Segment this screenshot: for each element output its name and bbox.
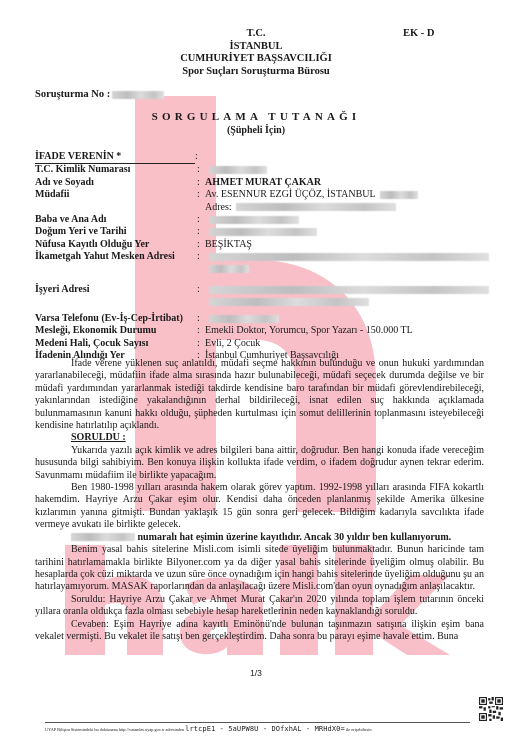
field-label: Medeni Hali, Çocuk Sayısı bbox=[35, 338, 197, 350]
document-header: T.C. İSTANBUL CUMHURİYET BAŞSAVCILIĞI Sp… bbox=[0, 28, 512, 78]
field-label: T.C. Kimlik Numarası bbox=[35, 164, 197, 176]
field-value: BEŞİKTAŞ bbox=[205, 239, 495, 251]
investigation-number: Soruşturma No : bbox=[35, 89, 164, 100]
field-parents: Baba ve Ana Adı : bbox=[35, 214, 495, 226]
statement-paragraph: Benim yasal bahis sitelerine Misli.com i… bbox=[35, 544, 484, 594]
field-label: İkametgah Yahut Mesken Adresi bbox=[35, 251, 197, 276]
redacted-value bbox=[209, 265, 249, 273]
field-lawyer-address: Adres: bbox=[35, 202, 495, 214]
phone-line: numaralı hat eşimin üzerine kayıtlıdır. … bbox=[35, 532, 484, 544]
footer-suffix: ile erişebilirsin bbox=[346, 727, 372, 732]
page-number: 1/3 bbox=[0, 668, 512, 678]
header-office: CUMHURİYET BAŞSAVCILIĞI bbox=[0, 53, 512, 66]
form-section-header: İFADE VERENİN * : bbox=[35, 151, 495, 164]
field-label: Adı ve Soyadı bbox=[35, 177, 197, 189]
field-label: İşyeri Adresi bbox=[35, 284, 197, 309]
document-subtitle: (Şüpheli İçin) bbox=[0, 125, 512, 136]
field-value: Emekli Doktor, Yorumcu, Spor Yazarı - 15… bbox=[205, 325, 495, 337]
statement-paragraph: Cevaben: Eşim Hayriye adına kayıtlı Emin… bbox=[35, 619, 484, 644]
redacted-value bbox=[380, 191, 418, 199]
rights-paragraph: İfade verene yüklenen suç anlatıldı, müd… bbox=[35, 358, 484, 432]
redacted-investigation-number bbox=[112, 91, 164, 99]
statement-paragraph: Soruldu: Hayriye Arzu Çakar ve Ahmet Mur… bbox=[35, 594, 484, 619]
field-label: Doğum Yeri ve Tarihi bbox=[35, 226, 197, 238]
field-label: Baba ve Ana Adı bbox=[35, 214, 197, 226]
statement-paragraph: Yukarıda yazılı açık kimlik ve adres bil… bbox=[35, 445, 484, 482]
field-name: Adı ve Soyadı : AHMET MURAT ÇAKAR bbox=[35, 177, 495, 189]
field-value: Av. ESENNUR EZGİ ÜÇÖZ, İSTANBUL bbox=[205, 189, 376, 200]
footer-prefix: UYAP Bilişim Sistemindeki bu dokümana ht… bbox=[45, 727, 184, 732]
footer-divider bbox=[45, 722, 470, 723]
redacted-value bbox=[209, 216, 299, 224]
annex-label: EK - D bbox=[403, 28, 435, 39]
field-label: Nüfusa Kayıtlı Olduğu Yer bbox=[35, 239, 197, 251]
field-label: Müdafii bbox=[35, 189, 197, 201]
field-phone: Varsa Telefonu (Ev-İş-Cep-İrtibat) : bbox=[35, 313, 495, 325]
document-title: SORGULAMA TUTANAĞI bbox=[0, 111, 512, 123]
redacted-value bbox=[209, 253, 489, 261]
address-label: Adres: bbox=[205, 202, 232, 213]
statement-paragraph: Ben 1980-1998 yılları arasında hakem ola… bbox=[35, 482, 484, 532]
field-occupation: Mesleği, Ekonomik Durumu : Emekli Doktor… bbox=[35, 325, 495, 337]
section-label: İFADE VERENİN * bbox=[35, 151, 195, 164]
field-work-address: İşyeri Adresi : bbox=[35, 284, 495, 309]
redacted-value bbox=[209, 298, 369, 306]
field-value: AHMET MURAT ÇAKAR bbox=[205, 177, 495, 189]
field-birth: Doğum Yeri ve Tarihi : bbox=[35, 226, 495, 238]
header-bureau: Spor Suçları Soruşturma Bürosu bbox=[0, 66, 512, 79]
redacted-value bbox=[209, 228, 317, 236]
investigation-number-label: Soruşturma No : bbox=[35, 89, 110, 100]
redacted-value bbox=[209, 166, 267, 174]
header-tc: T.C. bbox=[0, 28, 512, 41]
document-page: T.C. İSTANBUL CUMHURİYET BAŞSAVCILIĞI Sp… bbox=[0, 0, 512, 737]
redacted-value bbox=[236, 203, 396, 211]
field-value: Evli, 2 Çocuk bbox=[205, 338, 495, 350]
uyap-footer: UYAP Bilişim Sistemindeki bu dokümana ht… bbox=[45, 725, 475, 733]
redacted-value bbox=[209, 315, 279, 323]
field-lawyer: Müdafii : Av. ESENNUR EZGİ ÜÇÖZ, İSTANBU… bbox=[35, 189, 495, 201]
statement-body: İfade verene yüklenen suç anlatıldı, müd… bbox=[35, 358, 484, 643]
field-label: Varsa Telefonu (Ev-İş-Cep-İrtibat) bbox=[35, 313, 197, 325]
redacted-value bbox=[209, 286, 489, 294]
field-tc-no: T.C. Kimlik Numarası : bbox=[35, 164, 495, 176]
identity-form: İFADE VERENİN * : T.C. Kimlik Numarası :… bbox=[35, 151, 495, 363]
soruldu-heading: SORULDU : bbox=[71, 432, 126, 444]
qr-code-icon bbox=[479, 697, 503, 721]
field-home-address: İkametgah Yahut Mesken Adresi : bbox=[35, 251, 495, 276]
field-label: Mesleği, Ekonomik Durumu bbox=[35, 325, 197, 337]
verification-code: lrtcpE1 - 5aUPW8U - DOfxhAL - MRHdX0= bbox=[185, 725, 345, 733]
header-city: İSTANBUL bbox=[0, 41, 512, 54]
redacted-phone bbox=[71, 533, 135, 541]
field-marital: Medeni Hali, Çocuk Sayısı : Evli, 2 Çocu… bbox=[35, 338, 495, 350]
field-registry: Nüfusa Kayıtlı Olduğu Yer : BEŞİKTAŞ bbox=[35, 239, 495, 251]
